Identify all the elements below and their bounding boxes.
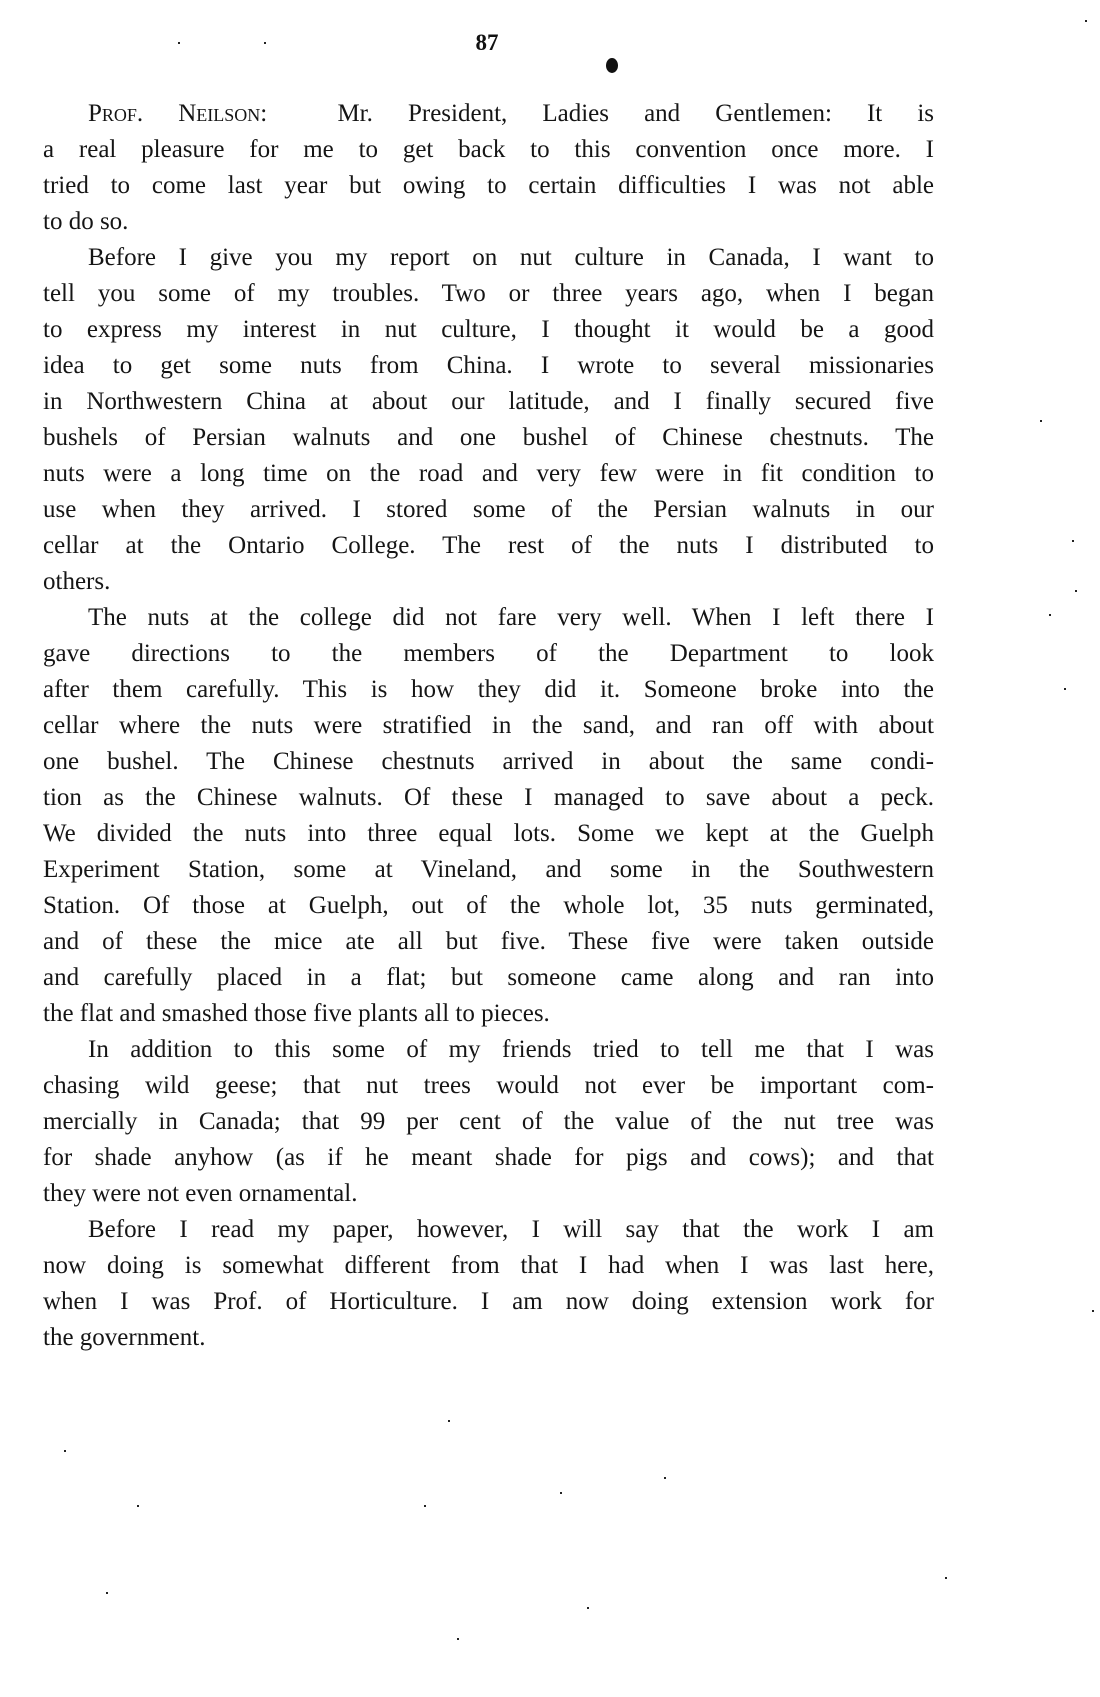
text-line: the flat and smashed those five plants a… xyxy=(43,996,934,1032)
paragraph: In addition to this some of my friends t… xyxy=(43,1032,934,1212)
text-line: mercially in Canada; that 99 per cent of… xyxy=(43,1104,934,1140)
text-line: The nuts at the college did not fare ver… xyxy=(43,600,934,636)
text-line: In addition to this some of my friends t… xyxy=(43,1032,934,1068)
text-line: tion as the Chinese walnuts. Of these I … xyxy=(43,780,934,816)
scan-speck xyxy=(264,42,266,44)
text-line: Station. Of those at Guelph, out of the … xyxy=(43,888,934,924)
scan-speck xyxy=(64,1450,66,1452)
scan-speck xyxy=(457,1638,459,1640)
text-line: in Northwestern China at about our latit… xyxy=(43,384,934,420)
scan-speck xyxy=(1072,540,1074,542)
text-line: they were not even ornamental. xyxy=(43,1176,934,1212)
paragraph: Before I read my paper, however, I will … xyxy=(43,1212,934,1356)
text-line: bushels of Persian walnuts and one bushe… xyxy=(43,420,934,456)
text-line: tried to come last year but owing to cer… xyxy=(43,168,934,204)
body-text: Prof. Neilson: Mr. President, Ladies and… xyxy=(43,96,934,1356)
text-line: use when they arrived. I stored some of … xyxy=(43,492,934,528)
scan-speck xyxy=(1049,614,1051,616)
scan-speck xyxy=(560,1492,562,1494)
text-line: when I was Prof. of Horticulture. I am n… xyxy=(43,1284,934,1320)
text-line: one bushel. The Chinese chestnuts arrive… xyxy=(43,744,934,780)
text-line: now doing is somewhat different from tha… xyxy=(43,1248,934,1284)
text-line: We divided the nuts into three equal lot… xyxy=(43,816,934,852)
text-line: Prof. Neilson: Mr. President, Ladies and… xyxy=(43,96,934,132)
text-line: chasing wild geese; that nut trees would… xyxy=(43,1068,934,1104)
text-line: Before I read my paper, however, I will … xyxy=(43,1212,934,1248)
text-line: after them carefully. This is how they d… xyxy=(43,672,934,708)
text-line: cellar where the nuts were stratified in… xyxy=(43,708,934,744)
text-line: to do so. xyxy=(43,204,934,240)
text-line: for shade anyhow (as if he meant shade f… xyxy=(43,1140,934,1176)
scan-speck xyxy=(1040,420,1042,422)
scan-speck xyxy=(1064,688,1066,690)
paragraph: The nuts at the college did not fare ver… xyxy=(43,600,934,1032)
text-line: others. xyxy=(43,564,934,600)
scan-speck xyxy=(178,42,180,44)
scan-speck xyxy=(945,1577,947,1579)
scan-speck xyxy=(664,1477,666,1479)
scanned-page: 87 Prof. Neilson: Mr. President, Ladies … xyxy=(0,0,1100,1697)
text-line: the government. xyxy=(43,1320,934,1356)
text-line: idea to get some nuts from China. I wrot… xyxy=(43,348,934,384)
text-line: gave directions to the members of the De… xyxy=(43,636,934,672)
scan-speck xyxy=(424,1505,426,1507)
page-number: 87 xyxy=(462,30,512,56)
text-line: and carefully placed in a flat; but some… xyxy=(43,960,934,996)
scan-speck xyxy=(1085,20,1087,22)
scan-speck xyxy=(1092,1310,1094,1312)
scan-speck xyxy=(448,1420,450,1422)
ink-blot xyxy=(606,58,618,73)
scan-speck xyxy=(1075,590,1077,592)
text-line: nuts were a long time on the road and ve… xyxy=(43,456,934,492)
scan-speck xyxy=(137,1505,139,1507)
text-line: tell you some of my troubles. Two or thr… xyxy=(43,276,934,312)
scan-speck xyxy=(106,1592,108,1594)
text-line: and of these the mice ate all but five. … xyxy=(43,924,934,960)
speaker-name: Prof. Neilson: xyxy=(88,100,267,127)
text-line: Experiment Station, some at Vineland, an… xyxy=(43,852,934,888)
text-line: cellar at the Ontario College. The rest … xyxy=(43,528,934,564)
scan-speck xyxy=(587,1607,589,1609)
text-line: Before I give you my report on nut cultu… xyxy=(43,240,934,276)
text-line: a real pleasure for me to get back to th… xyxy=(43,132,934,168)
paragraph: Prof. Neilson: Mr. President, Ladies and… xyxy=(43,96,934,240)
text-line: to express my interest in nut culture, I… xyxy=(43,312,934,348)
paragraph: Before I give you my report on nut cultu… xyxy=(43,240,934,600)
